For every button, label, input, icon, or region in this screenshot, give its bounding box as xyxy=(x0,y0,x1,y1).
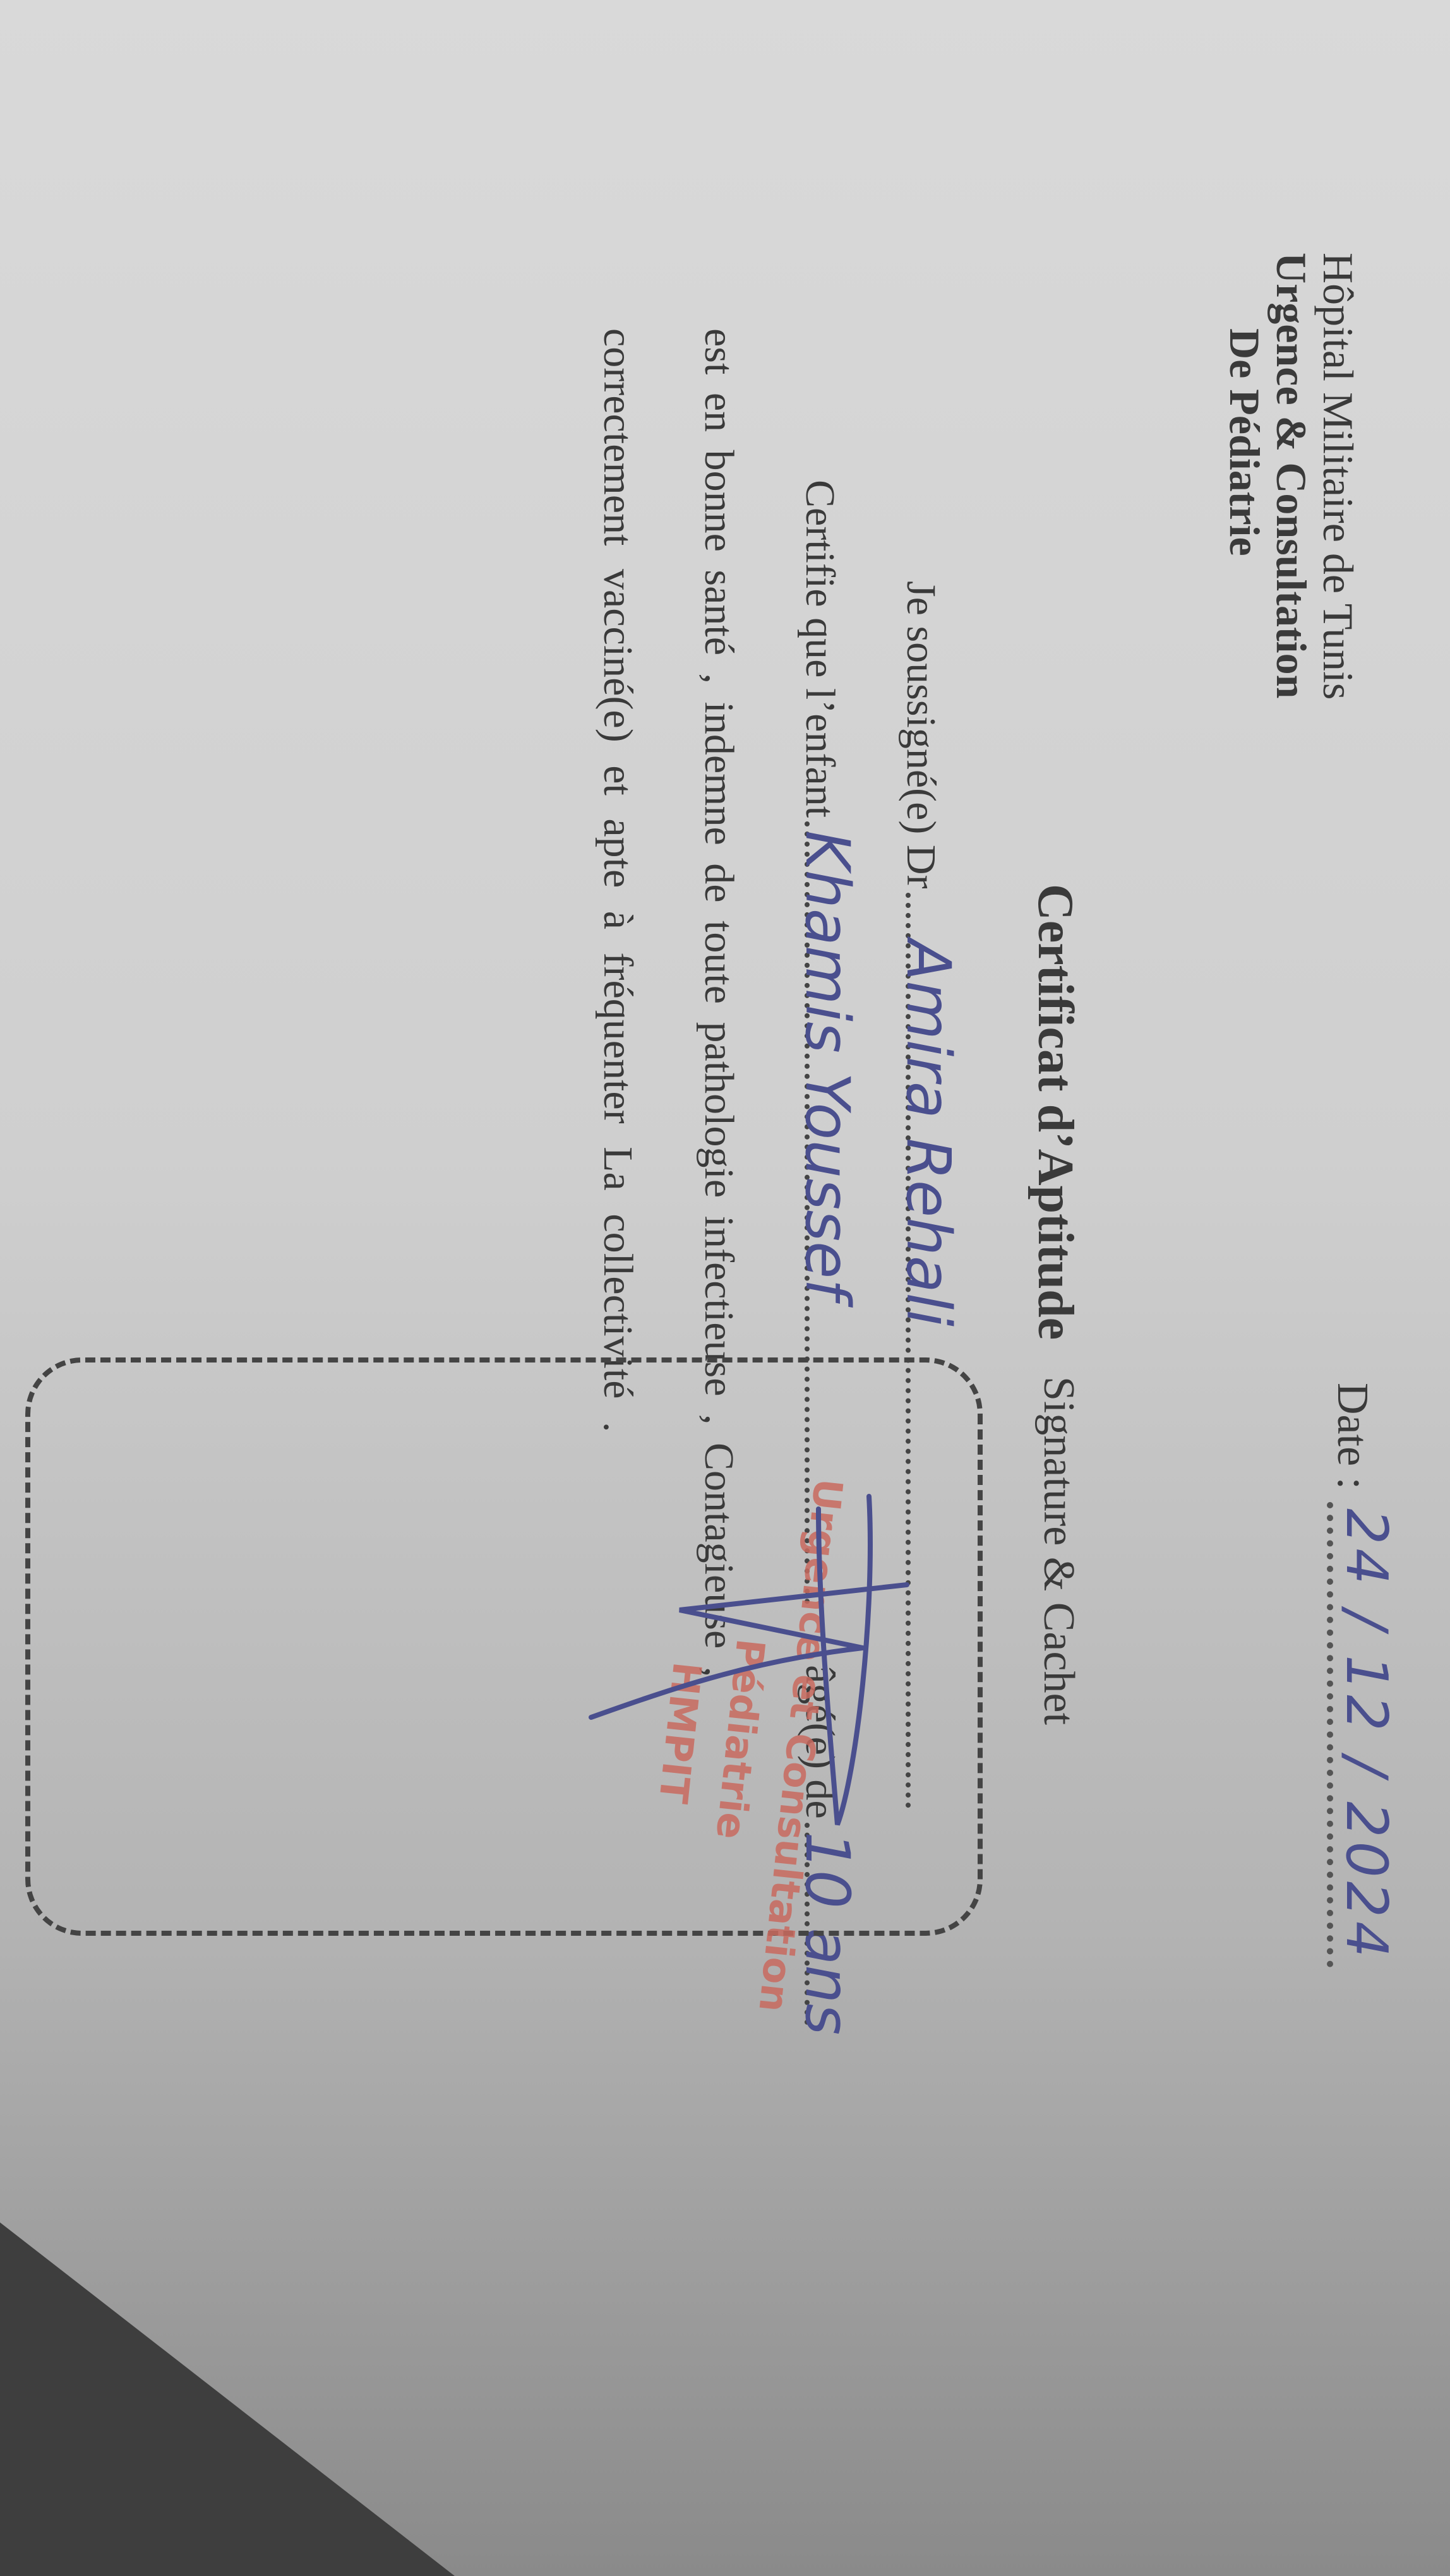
doctor-name: Amira Rehali xyxy=(893,939,964,1327)
date-field: Date : 24 / 12 / 2024 xyxy=(1327,1383,1399,1967)
child-prefix: Certifie que l’enfant xyxy=(796,480,844,818)
doctor-prefix: Je soussigné(e) Dr xyxy=(897,581,945,889)
date-value: 24 / 12 / 2024 xyxy=(1327,1502,1399,1967)
body-line-2: correctement vacciné(e) et apte à fréque… xyxy=(594,328,642,1433)
date-label: Date : xyxy=(1327,1383,1377,1489)
signature-label: Signature & Cachet xyxy=(1033,1376,1084,1725)
child-name: Khamis Youssef xyxy=(792,830,863,1300)
letterhead: Hôpital Militaire de Tunis Urgence & Con… xyxy=(1221,253,1362,700)
specialty-name: De Pédiatrie xyxy=(1221,253,1268,700)
certificate-page: Hôpital Militaire de Tunis Urgence & Con… xyxy=(0,0,1450,2576)
department-name: Urgence & Consultation xyxy=(1268,253,1315,700)
hospital-name: Hôpital Militaire de Tunis xyxy=(1315,253,1362,700)
document-title: Certificat d’Aptitude xyxy=(1026,884,1084,1340)
handwritten-signature xyxy=(503,1421,945,1863)
